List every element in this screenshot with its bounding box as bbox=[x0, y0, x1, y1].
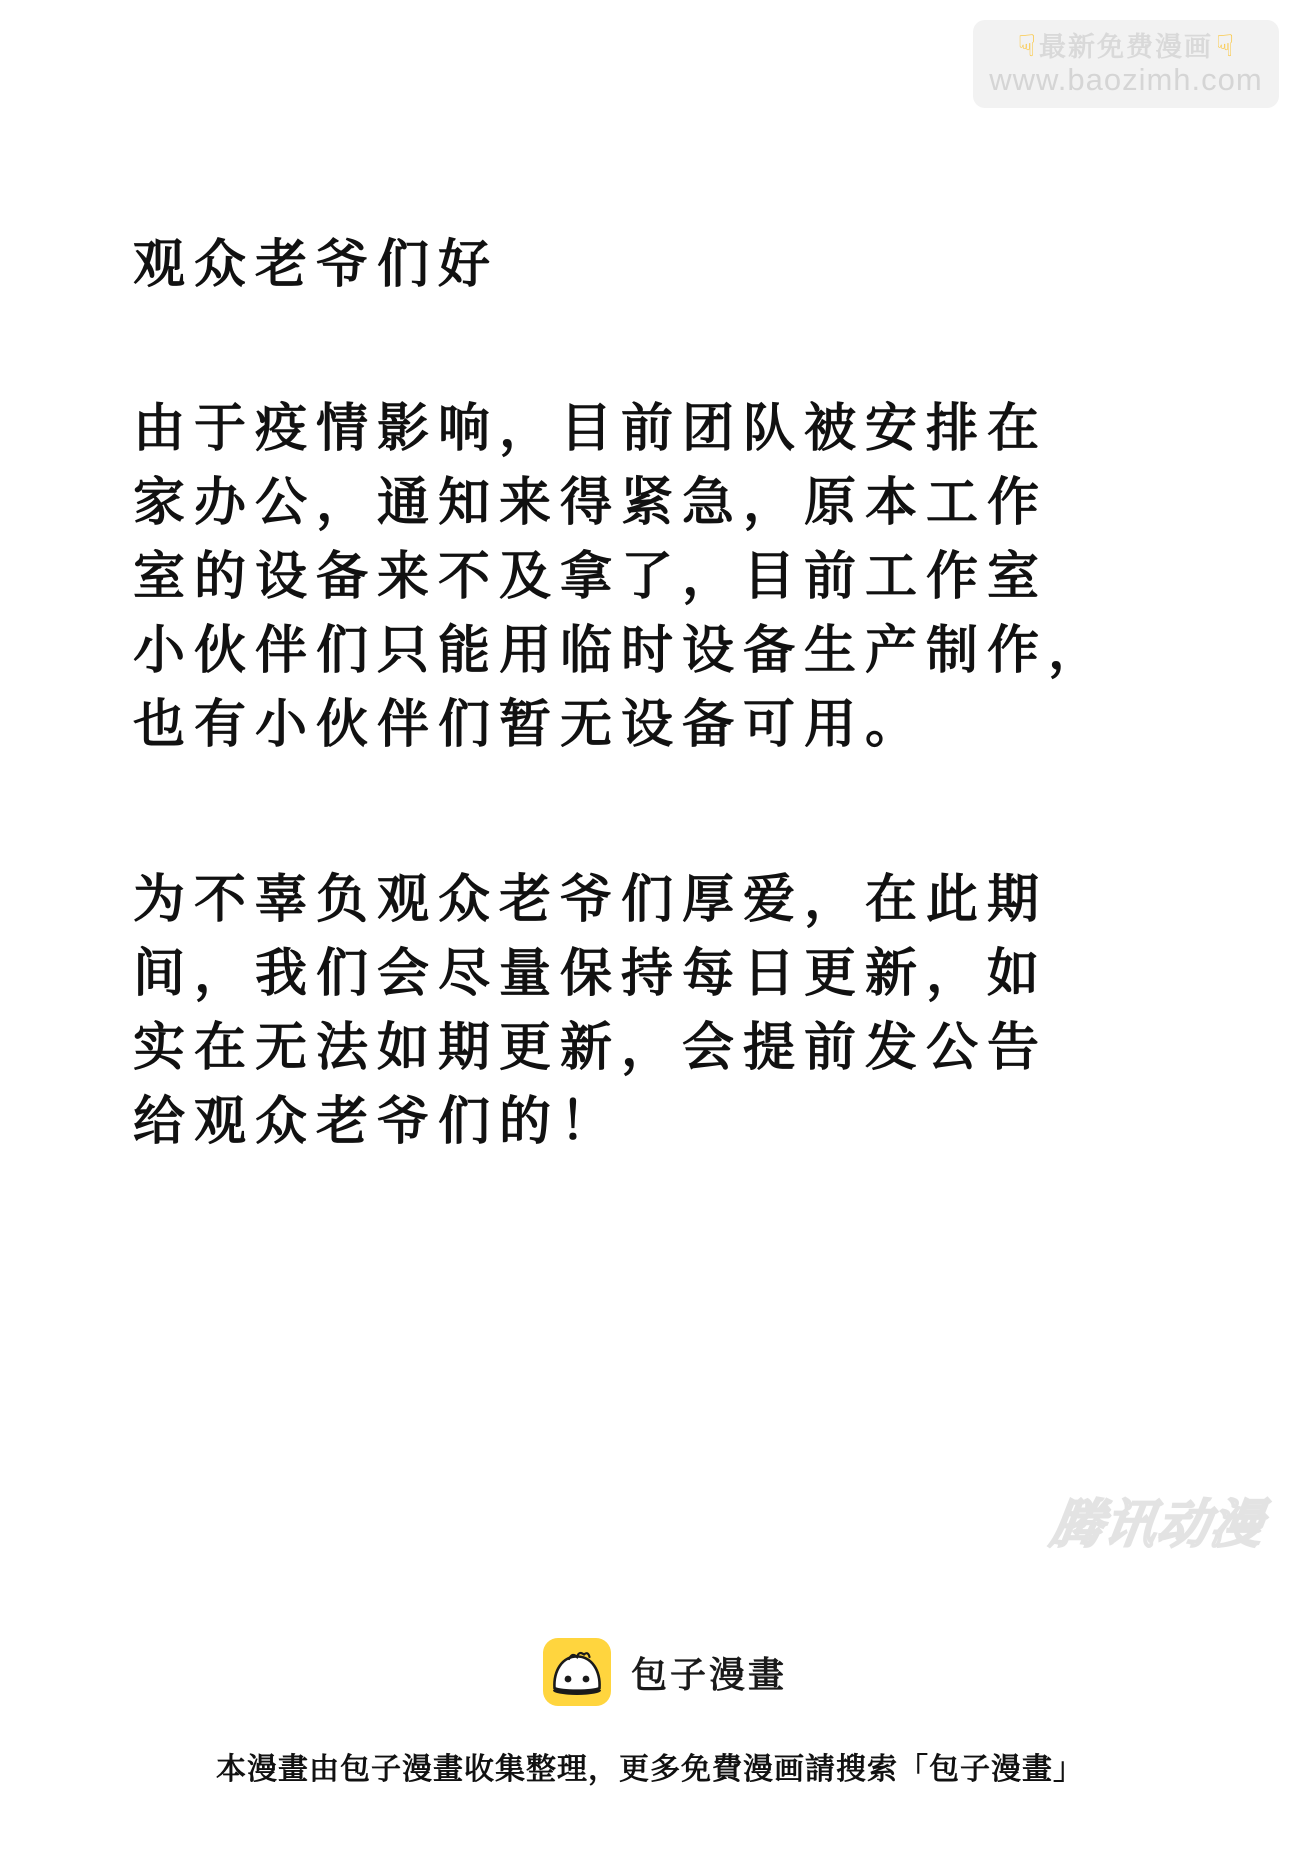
notice-line: 间，我们会尽量保持每日更新，如 bbox=[133, 937, 1193, 1011]
footer-caption: 本漫畫由包子漫畫收集整理，更多免費漫画請搜索「包子漫畫」 bbox=[0, 1744, 1300, 1788]
notice-line: 也有小伙伴们暂无设备可用。 bbox=[133, 688, 1193, 762]
notice-line: 小伙伴们只能用临时设备生产制作， bbox=[133, 614, 1193, 688]
brand-name: 包子漫畫 bbox=[631, 1647, 787, 1698]
baozi-logo-icon bbox=[543, 1638, 611, 1706]
notice-line: 为不辜负观众老爷们厚爱，在此期 bbox=[133, 863, 1193, 937]
notice-line: 家办公，通知来得紧急，原本工作 bbox=[133, 466, 1193, 540]
brand-logo-row: 包子漫畫 bbox=[543, 1638, 787, 1706]
watermark-headline-text: 最新免费漫画 bbox=[1039, 32, 1213, 62]
pointing-down-hand-icon: ☟ bbox=[1216, 30, 1234, 64]
notice-line: 给观众老爷们的！ bbox=[133, 1085, 1193, 1159]
site-watermark-badge: ☟ 最新免费漫画 ☟ www.baozimh.com bbox=[973, 20, 1279, 108]
watermark-site-url: www.baozimh.com bbox=[989, 63, 1262, 98]
watermark-headline: ☟ 最新免费漫画 ☟ bbox=[1018, 30, 1235, 64]
notice-line: 由于疫情影响，目前团队被安排在 bbox=[133, 392, 1193, 466]
notice-greeting: 观众老爷们好 bbox=[133, 228, 1193, 302]
tencent-comics-watermark: 腾讯动漫 bbox=[1047, 1482, 1270, 1557]
pointing-down-hand-icon: ☟ bbox=[1018, 30, 1036, 64]
notice-paragraph-2: 为不辜负观众老爷们厚爱，在此期 间，我们会尽量保持每日更新，如 实在无法如期更新… bbox=[133, 863, 1193, 1159]
notice-paragraph-1: 由于疫情影响，目前团队被安排在 家办公，通知来得紧急，原本工作 室的设备来不及拿… bbox=[133, 392, 1193, 762]
notice-line: 实在无法如期更新，会提前发公告 bbox=[133, 1011, 1193, 1085]
notice-line: 室的设备来不及拿了，目前工作室 bbox=[133, 540, 1193, 614]
comic-notice-page: ☟ 最新免费漫画 ☟ www.baozimh.com 观众老爷们好 由于疫情影响… bbox=[0, 0, 1300, 1850]
